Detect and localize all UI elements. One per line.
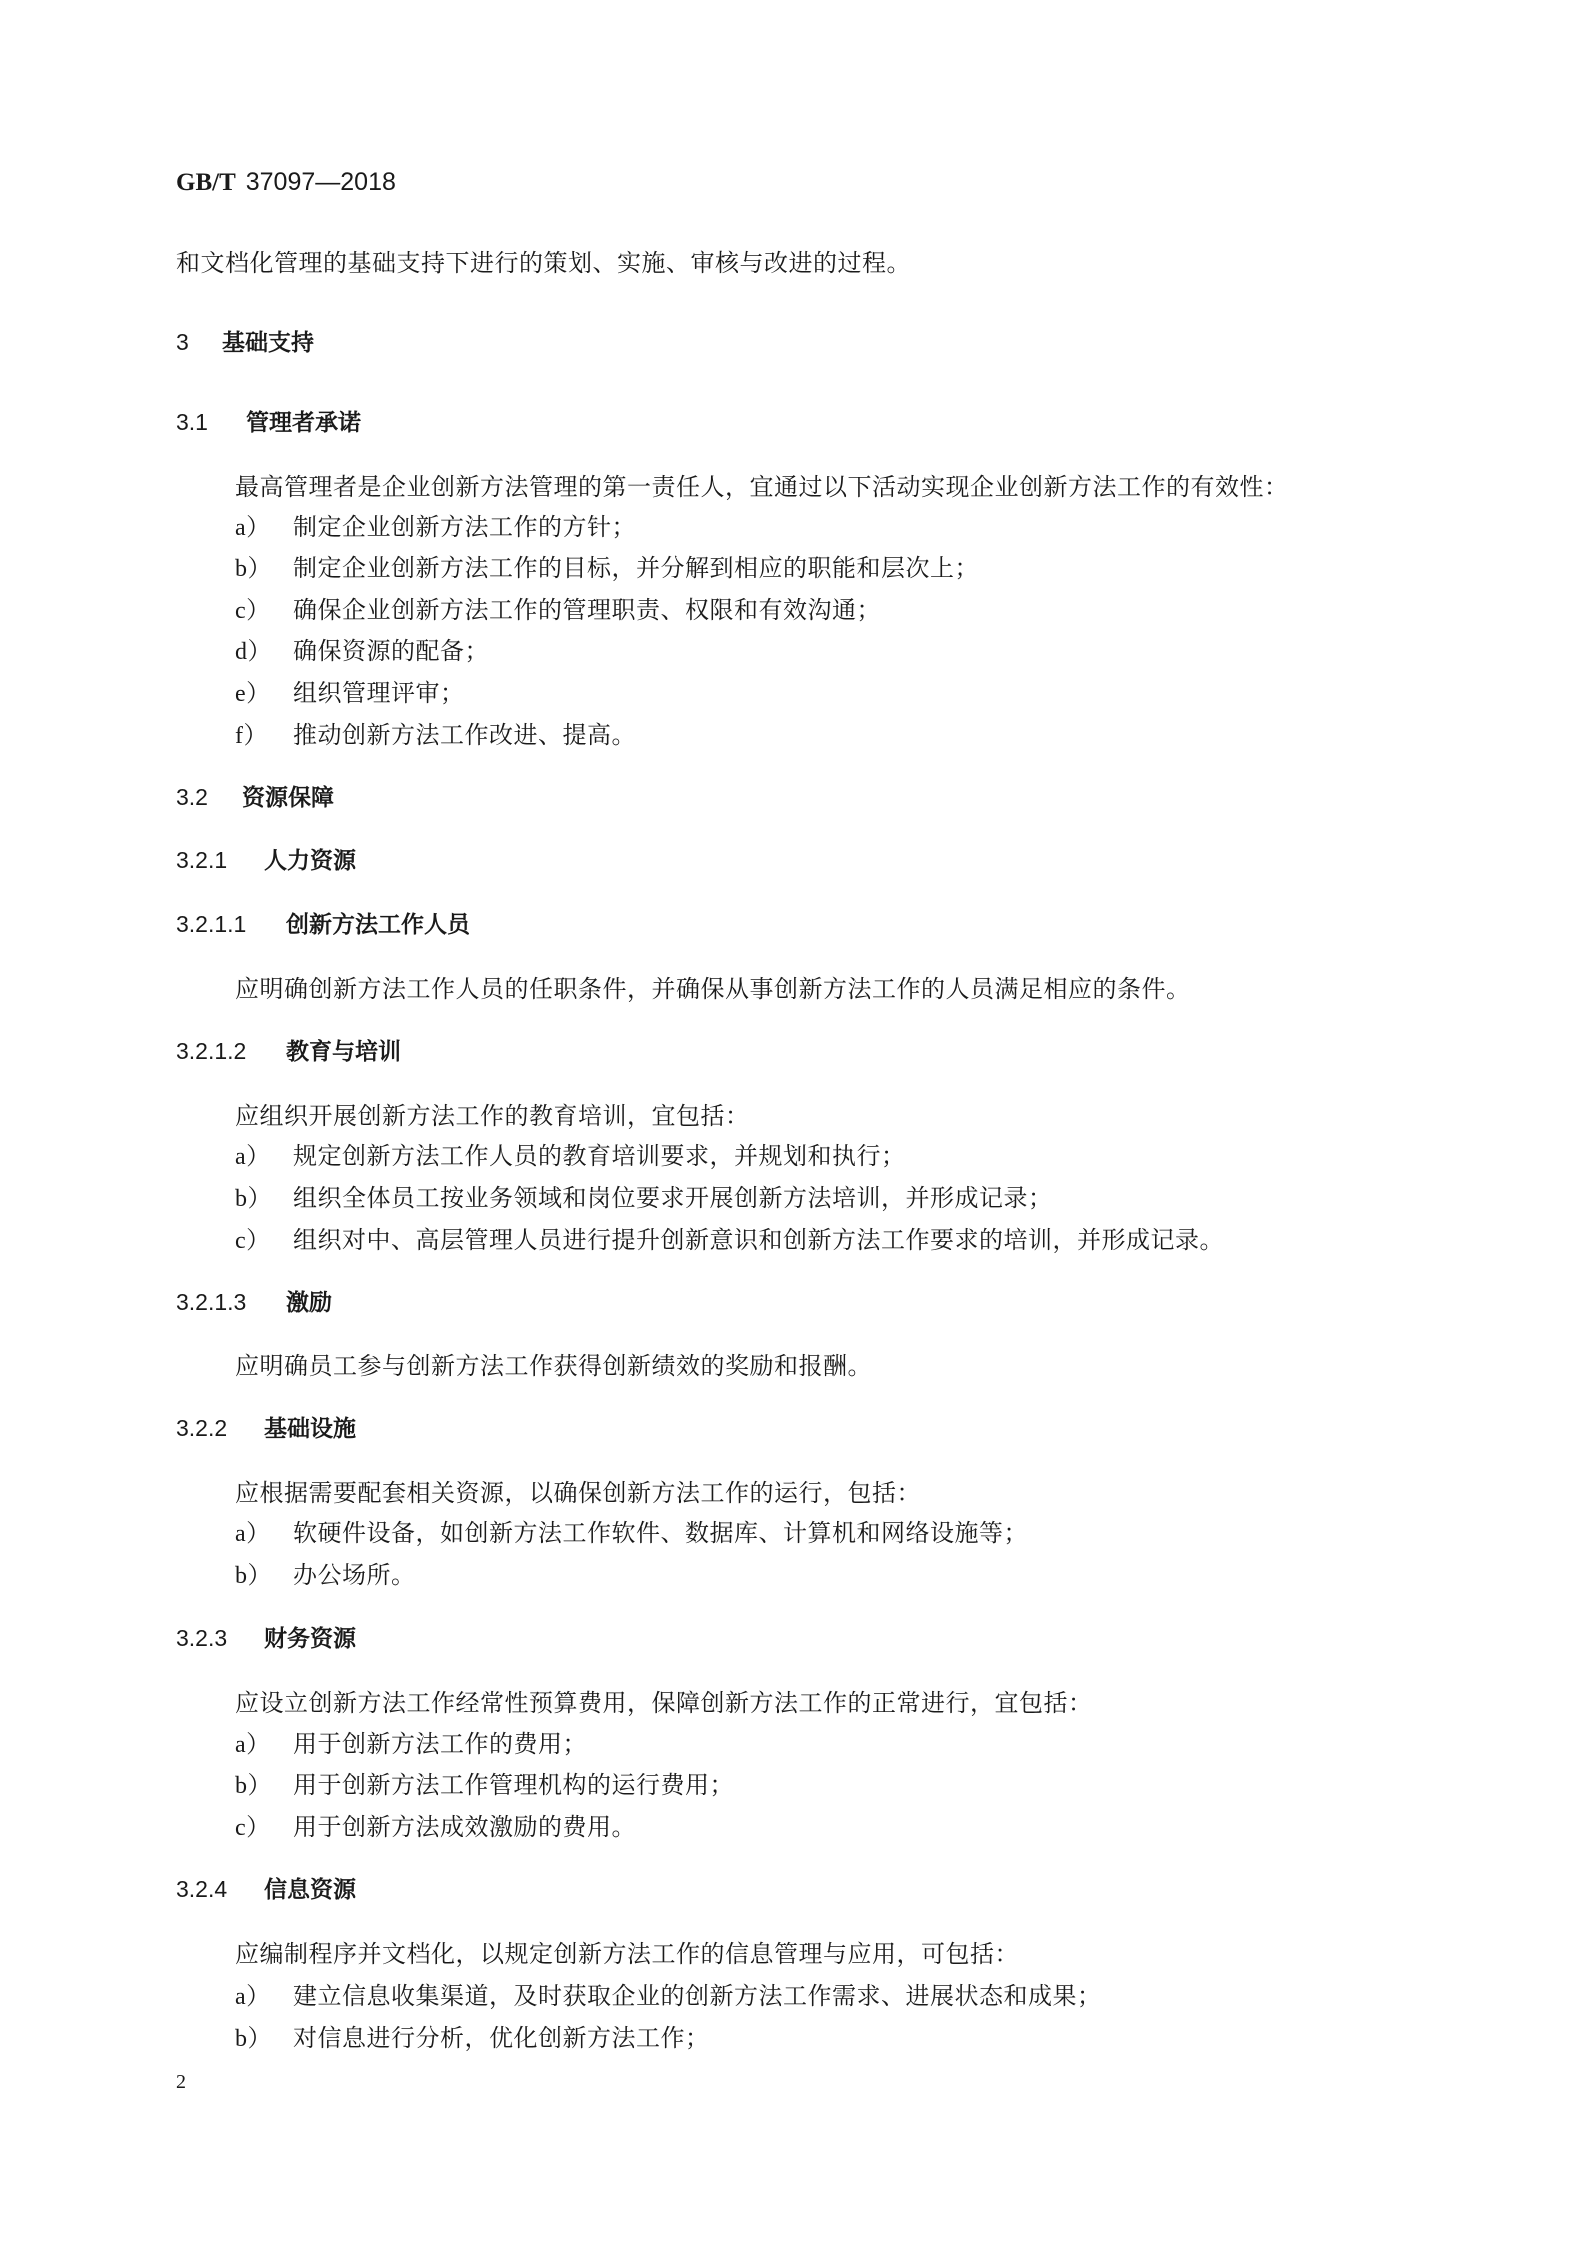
paragraph: 应编制程序并文档化，以规定创新方法工作的信息管理与应用，可包括： [235, 1938, 1019, 1970]
section-title: 管理者承诺 [246, 410, 361, 436]
page-number: 2 [176, 2066, 186, 2098]
list-text: 制定企业创新方法工作的目标，并分解到相应的职能和层次上； [293, 554, 979, 582]
list-marker: f） [235, 720, 293, 752]
list-text: 规定创新方法工作人员的教育培训要求，并规划和执行； [293, 1142, 906, 1170]
list-text: 软硬件设备，如创新方法工作软件、数据库、计算机和网络设施等； [293, 1519, 1028, 1547]
list-marker: b） [235, 1770, 293, 1802]
section-number: 3.2.1.1 [176, 908, 286, 940]
section-heading-3-1: 3.1管理者承诺 [176, 406, 361, 439]
section-title: 财务资源 [264, 1626, 356, 1652]
list-marker: b） [235, 553, 293, 585]
section-heading-3-2-3: 3.2.3财务资源 [176, 1622, 356, 1655]
standard-number: 37097—2018 [246, 168, 396, 196]
paragraph: 应明确员工参与创新方法工作获得创新绩效的奖励和报酬。 [235, 1350, 872, 1382]
list-item: a）软硬件设备，如创新方法工作软件、数据库、计算机和网络设施等； [235, 1517, 1028, 1550]
section-number: 3.2.2 [176, 1412, 264, 1444]
list-text: 用于创新方法工作管理机构的运行费用； [293, 1771, 734, 1799]
section-title: 创新方法工作人员 [286, 912, 470, 938]
list-text: 用于创新方法成效激励的费用。 [293, 1813, 636, 1841]
section-number: 3.2 [176, 781, 242, 813]
list-marker: a） [235, 1729, 293, 1761]
paragraph: 最高管理者是企业创新方法管理的第一责任人，宜通过以下活动实现企业创新方法工作的有… [235, 471, 1289, 503]
list-item: c）确保企业创新方法工作的管理职责、权限和有效沟通； [235, 594, 881, 627]
list-marker: b） [235, 1183, 293, 1215]
section-number: 3.2.1.3 [176, 1286, 286, 1318]
list-text: 推动创新方法工作改进、提高。 [293, 721, 636, 749]
section-number: 3.2.1 [176, 844, 264, 876]
list-marker: b） [235, 2023, 293, 2055]
list-item: b）办公场所。 [235, 1559, 416, 1592]
list-text: 组织全体员工按业务领域和岗位要求开展创新方法培训，并形成记录； [293, 1184, 1053, 1212]
list-text: 办公场所。 [293, 1561, 416, 1589]
section-title: 人力资源 [264, 848, 356, 874]
continuation-paragraph: 和文档化管理的基础支持下进行的策划、实施、审核与改进的过程。 [176, 247, 911, 279]
list-marker: a） [235, 1141, 293, 1173]
section-title: 教育与培训 [286, 1039, 401, 1065]
list-item: e）组织管理评审； [235, 677, 465, 710]
section-number: 3.2.1.2 [176, 1035, 286, 1067]
list-marker: d） [235, 636, 293, 668]
document-page: GB/T37097—2018 和文档化管理的基础支持下进行的策划、实施、审核与改… [0, 0, 1587, 2243]
list-item: d）确保资源的配备； [235, 635, 489, 668]
section-heading-3-2-1-1: 3.2.1.1创新方法工作人员 [176, 908, 470, 941]
section-heading-3-2-1-3: 3.2.1.3激励 [176, 1286, 332, 1319]
list-item: f）推动创新方法工作改进、提高。 [235, 719, 636, 752]
list-text: 建立信息收集渠道，及时获取企业的创新方法工作需求、进展状态和成果； [293, 1982, 1102, 2010]
list-item: b）制定企业创新方法工作的目标，并分解到相应的职能和层次上； [235, 552, 979, 585]
section-title: 资源保障 [242, 785, 334, 811]
standard-code-header: GB/T37097—2018 [176, 166, 396, 199]
section-number: 3.2.4 [176, 1873, 264, 1905]
standard-prefix: GB/T [176, 169, 236, 196]
list-item: a）建立信息收集渠道，及时获取企业的创新方法工作需求、进展状态和成果； [235, 1980, 1102, 2013]
paragraph: 应根据需要配套相关资源，以确保创新方法工作的运行，包括： [235, 1477, 921, 1509]
paragraph: 应设立创新方法工作经常性预算费用，保障创新方法工作的正常进行，宜包括： [235, 1687, 1093, 1719]
list-item: b）组织全体员工按业务领域和岗位要求开展创新方法培训，并形成记录； [235, 1182, 1053, 1215]
list-item: b）用于创新方法工作管理机构的运行费用； [235, 1769, 734, 1802]
list-marker: a） [235, 512, 293, 544]
paragraph: 应明确创新方法工作人员的任职条件，并确保从事创新方法工作的人员满足相应的条件。 [235, 973, 1191, 1005]
list-text: 制定企业创新方法工作的方针； [293, 513, 636, 541]
list-marker: c） [235, 1225, 293, 1257]
list-item: c）组织对中、高层管理人员进行提升创新意识和创新方法工作要求的培训，并形成记录。 [235, 1224, 1224, 1257]
list-marker: a） [235, 1518, 293, 1550]
section-number: 3.2.3 [176, 1622, 264, 1654]
list-text: 确保资源的配备； [293, 637, 489, 665]
section-title: 信息资源 [264, 1877, 356, 1903]
list-text: 用于创新方法工作的费用； [293, 1730, 587, 1758]
list-text: 组织管理评审； [293, 679, 465, 707]
section-title: 基础设施 [264, 1416, 356, 1442]
list-marker: c） [235, 595, 293, 627]
section-heading-3-2: 3.2资源保障 [176, 781, 334, 814]
list-text: 确保企业创新方法工作的管理职责、权限和有效沟通； [293, 596, 881, 624]
list-marker: e） [235, 678, 293, 710]
list-item: c）用于创新方法成效激励的费用。 [235, 1811, 636, 1844]
list-item: a）制定企业创新方法工作的方针； [235, 511, 636, 544]
list-text: 组织对中、高层管理人员进行提升创新意识和创新方法工作要求的培训，并形成记录。 [293, 1226, 1224, 1254]
section-heading-3-2-2: 3.2.2基础设施 [176, 1412, 356, 1445]
section-number: 3 [176, 326, 222, 358]
list-item: a）用于创新方法工作的费用； [235, 1728, 587, 1761]
section-number: 3.1 [176, 406, 246, 438]
list-marker: b） [235, 1560, 293, 1592]
section-title: 基础支持 [222, 330, 314, 356]
section-heading-3-2-4: 3.2.4信息资源 [176, 1873, 356, 1906]
list-item: b）对信息进行分析，优化创新方法工作； [235, 2022, 710, 2055]
section-heading-3: 3基础支持 [176, 326, 314, 359]
section-heading-3-2-1-2: 3.2.1.2教育与培训 [176, 1035, 401, 1068]
paragraph: 应组织开展创新方法工作的教育培训，宜包括： [235, 1100, 750, 1132]
list-marker: c） [235, 1812, 293, 1844]
list-item: a）规定创新方法工作人员的教育培训要求，并规划和执行； [235, 1140, 906, 1173]
section-title: 激励 [286, 1290, 332, 1316]
list-text: 对信息进行分析，优化创新方法工作； [293, 2024, 710, 2052]
list-marker: a） [235, 1981, 293, 2013]
section-heading-3-2-1: 3.2.1人力资源 [176, 844, 356, 877]
